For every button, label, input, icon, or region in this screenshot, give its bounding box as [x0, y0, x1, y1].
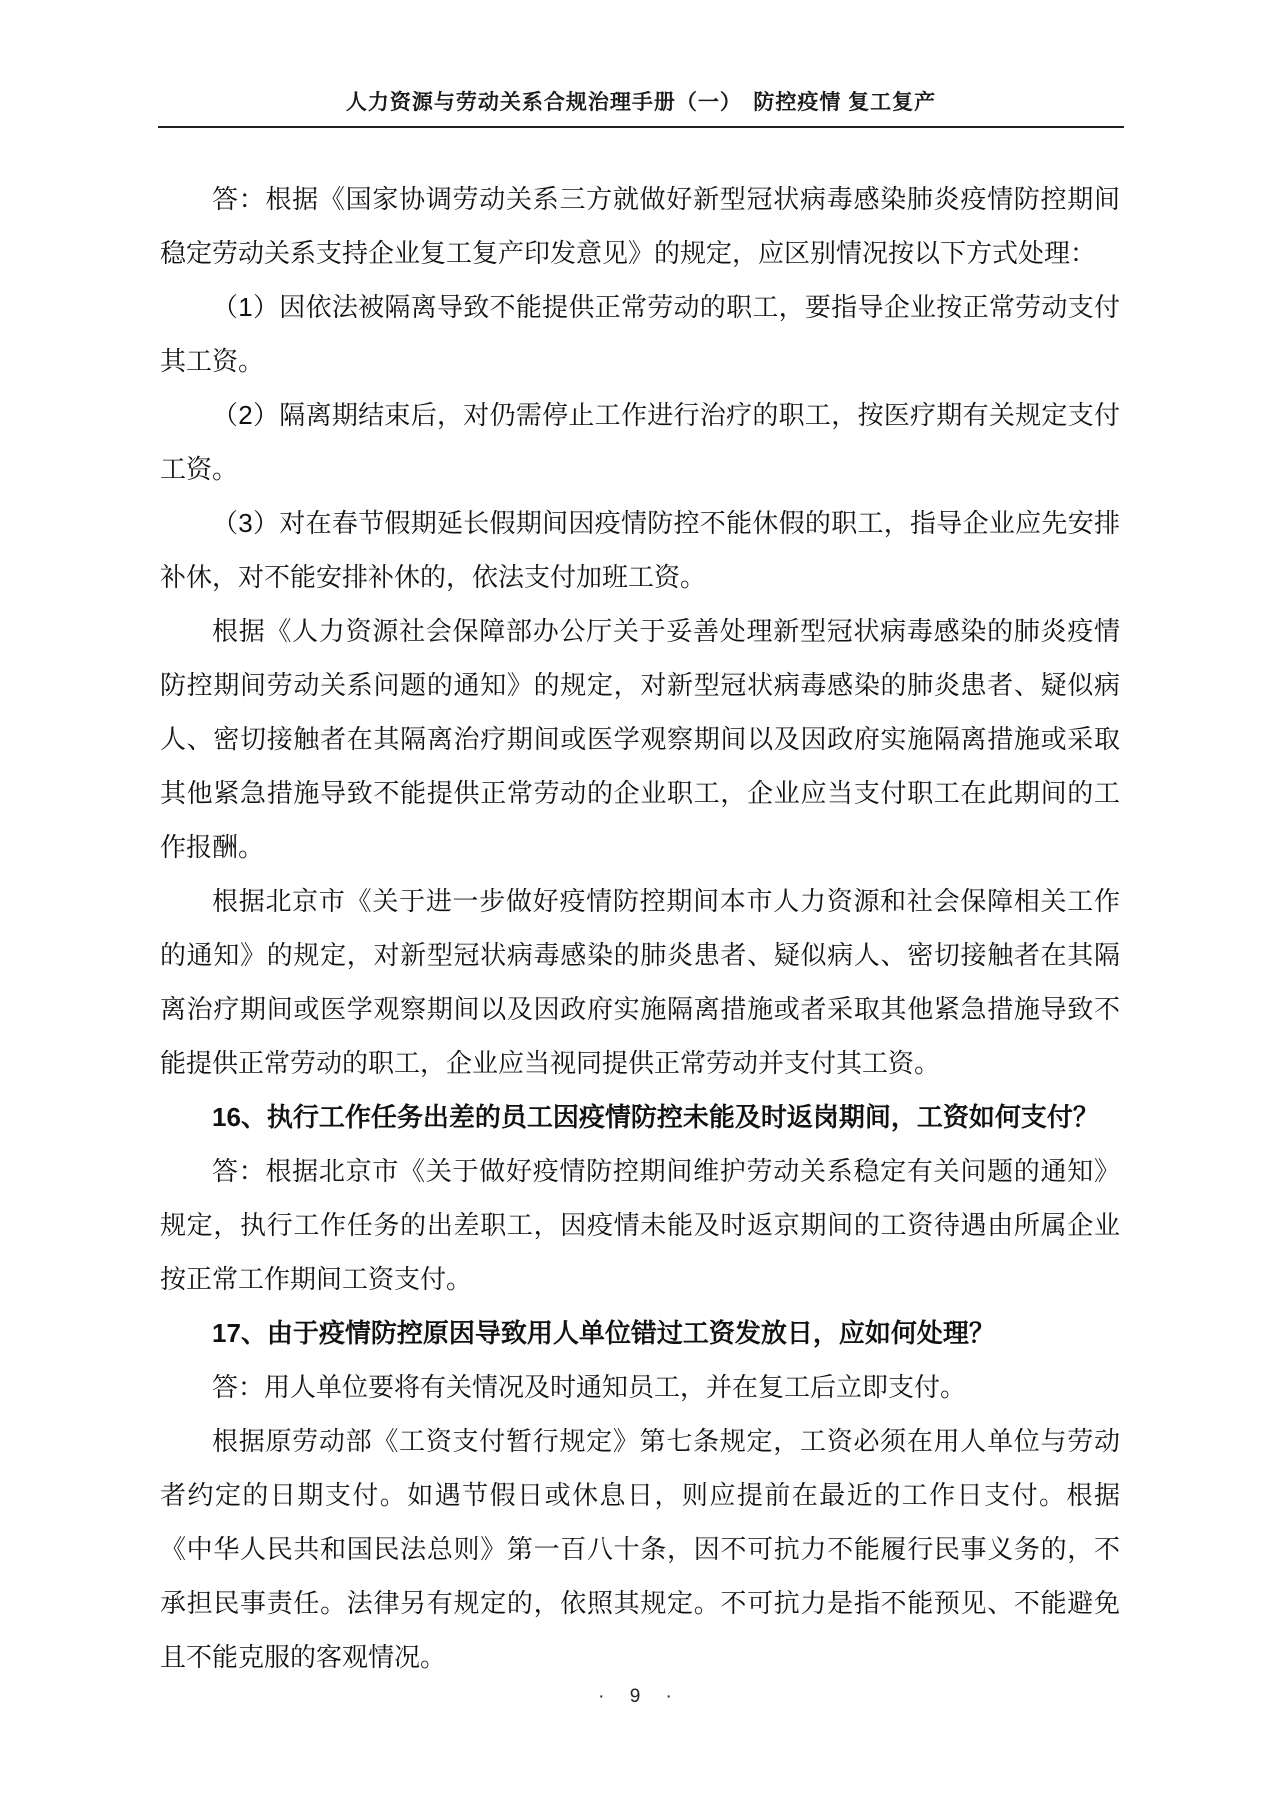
paragraph-item-2: （2）隔离期结束后，对仍需停止工作进行治疗的职工，按医疗期有关规定支付工资。 — [160, 388, 1120, 496]
page-footer: · 9 · — [0, 1686, 1280, 1708]
paragraph-answer-15: 答：根据《国家协调劳动关系三方就做好新型冠状病毒感染肺炎疫情防控期间稳定劳动关系… — [160, 172, 1120, 280]
paragraph-item-1: （1）因依法被隔离导致不能提供正常劳动的职工，要指导企业按正常劳动支付其工资。 — [160, 280, 1120, 388]
page-header: 人力资源与劳动关系合规治理手册（一） 防控疫情 复工复产 — [159, 86, 1123, 116]
paragraph-beijing-notice: 根据北京市《关于进一步做好疫情防控期间本市人力资源和社会保障相关工作的通知》的规… — [160, 874, 1120, 1090]
document-body: 答：根据《国家协调劳动关系三方就做好新型冠状病毒感染肺炎疫情防控期间稳定劳动关系… — [160, 172, 1120, 1684]
header-title: 人力资源与劳动关系合规治理手册（一） 防控疫情 复工复产 — [159, 86, 1123, 116]
question-17-heading: 17、由于疫情防控原因导致用人单位错过工资发放日，应如何处理？ — [160, 1306, 1120, 1360]
document-page: 人力资源与劳动关系合规治理手册（一） 防控疫情 复工复产 答：根据《国家协调劳动… — [0, 0, 1280, 1810]
paragraph-item-3: （3）对在春节假期延长假期间因疫情防控不能休假的职工，指导企业应先安排补休，对不… — [160, 496, 1120, 604]
paragraph-answer-16: 答：根据北京市《关于做好疫情防控期间维护劳动关系稳定有关问题的通知》规定，执行工… — [160, 1144, 1120, 1306]
page-number: · 9 · — [598, 1686, 682, 1707]
question-16-heading: 16、执行工作任务出差的员工因疫情防控未能及时返岗期间，工资如何支付？ — [160, 1090, 1120, 1144]
paragraph-legal-basis: 根据原劳动部《工资支付暂行规定》第七条规定，工资必须在用人单位与劳动者约定的日期… — [160, 1414, 1120, 1684]
paragraph-answer-17: 答：用人单位要将有关情况及时通知员工，并在复工后立即支付。 — [160, 1360, 1120, 1414]
paragraph-mohrss-notice: 根据《人力资源社会保障部办公厅关于妥善处理新型冠状病毒感染的肺炎疫情防控期间劳动… — [160, 604, 1120, 874]
header-divider — [158, 126, 1124, 128]
